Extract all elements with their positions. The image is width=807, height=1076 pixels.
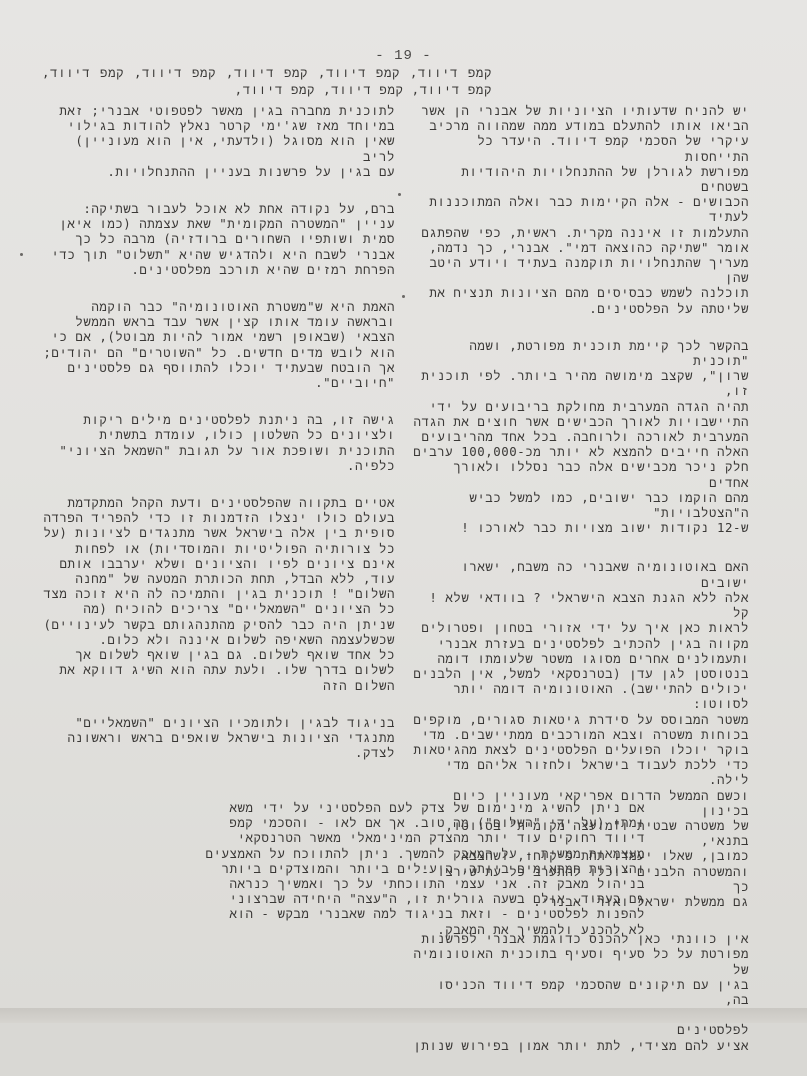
left-column: לתוכנית מחברה בגין מאשר לפטפוטי אבנרי; ז… (40, 103, 395, 783)
header-repeated-line: קמפ דיווד, קמפ דיווד, קמפ דיווד, קמפ דיו… (42, 64, 492, 98)
page-number: - 19 - (0, 48, 807, 64)
page-edge-shadow (0, 1008, 807, 1023)
ink-speck (398, 193, 401, 196)
ink-speck (402, 295, 405, 298)
paragraph: בניגוד לבגין ולתומכיו הציונים "השמאליים"… (40, 715, 395, 761)
paragraph: האמת היא ש"משטרת האוטונומיה" כבר הוקמה ו… (40, 299, 395, 390)
paragraph: אטיים בתקווה שהפלסטינים ודעת הקהל המתקדמ… (40, 495, 395, 693)
paragraph: בהקשר לכך קיימת תוכנית מפורטת, ושמה "תוכ… (409, 338, 749, 536)
paragraph: יש להניח שדעותיו הציוניות של אבנרי הן אש… (409, 103, 749, 316)
paragraph: ברם, על נקודה אחת לא אוכל לעבור בשתיקה: … (40, 201, 395, 277)
document-page: - 19 - קמפ דיווד, קמפ דיווד, קמפ דיווד, … (0, 0, 807, 1008)
closing-paragraph: אם ניתן להשיג מינימום של צדק לעם הפלסטינ… (195, 800, 645, 937)
paragraph: לתוכנית מחברה בגין מאשר לפטפוטי אבנרי; ז… (40, 103, 395, 179)
paragraph: גישה זו, בה ניתנת לפלסטינים מילים ריקות … (40, 412, 395, 473)
ink-speck (20, 253, 23, 256)
